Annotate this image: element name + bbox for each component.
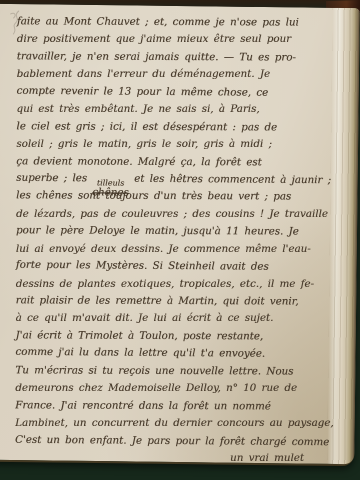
inline-correction: tilleulschênes (92, 179, 129, 202)
manuscript-line: forte pour les Mystères. Si Steinheil av… (16, 257, 321, 277)
manuscript-line: ça devient monotone. Malgré ça, la forêt… (16, 153, 321, 172)
manuscript-line: les chênes sont toujours d'un très beau … (16, 188, 321, 207)
manuscript-line: C'est un bon enfant. Je pars pour la for… (15, 431, 320, 451)
manuscript-line: travailler, je n'en serai jamais quitte.… (17, 48, 322, 67)
inserted-word: tilleuls (97, 180, 124, 185)
manuscript-line: Lambinet, un concurrent du dernier conco… (15, 415, 320, 432)
manuscript-line: soleil ; gris le matin, gris le soir, gr… (16, 136, 321, 153)
closing-line: un vrai mulet (15, 450, 320, 467)
manuscript-line: rait plaisir de les remettre à Martin, q… (16, 292, 321, 311)
manuscript-page: faite au Mont Chauvet ; et, comme je n'o… (0, 4, 360, 464)
manuscript-line: qui est très embêtant. Je ne sais si, à … (16, 101, 321, 118)
manuscript-line: demeurons chez Mademoiselle Delloy, n° 1… (15, 380, 320, 397)
manuscript-line: dessins de plantes exotiques, tropicales… (16, 275, 321, 292)
manuscript-line: France. J'ai rencontré dans la forêt un … (15, 397, 320, 416)
manuscript-line: J'ai écrit à Trimolet à Toulon, poste re… (15, 327, 320, 346)
manuscript-line: Tu m'écriras si tu reçois une nouvelle l… (15, 362, 320, 381)
manuscript-line: lui ai envoyé deux dessins. Je commence … (16, 241, 321, 258)
line-segment: et les hêtres commencent à jaunir ; (129, 173, 331, 187)
manuscript-line: comme j'ai lu dans la lettre qu'il t'a e… (15, 344, 320, 364)
manuscript-line: bablement dans l'erreur du déménagement.… (17, 66, 322, 83)
manuscript-line: pour le père Deloye le matin, jusqu'à 11… (16, 222, 321, 241)
manuscript-line: de lézards, pas de couleuvres ; des cous… (16, 206, 321, 223)
line-segment: superbe ; les (16, 172, 92, 185)
manuscript-line-with-correction: superbe ; les tilleulschênes et les hêtr… (16, 170, 321, 190)
manuscript-line: dire positivement que j'aime mieux être … (17, 31, 322, 48)
manuscript-line: le ciel est gris ; ici, il est désespéra… (16, 118, 321, 137)
page-fore-edge (327, 8, 360, 464)
manuscript-photo: faite au Mont Chauvet ; et, comme je n'o… (0, 0, 360, 480)
letter-body: faite au Mont Chauvet ; et, comme je n'o… (15, 13, 322, 468)
manuscript-line: compte revenir le 13 pour la même chose,… (17, 82, 322, 102)
manuscript-line: faite au Mont Chauvet ; et, comme je n'o… (17, 13, 322, 32)
manuscript-line: à ce qu'il m'avait dit. Je lui ai écrit … (16, 310, 321, 327)
